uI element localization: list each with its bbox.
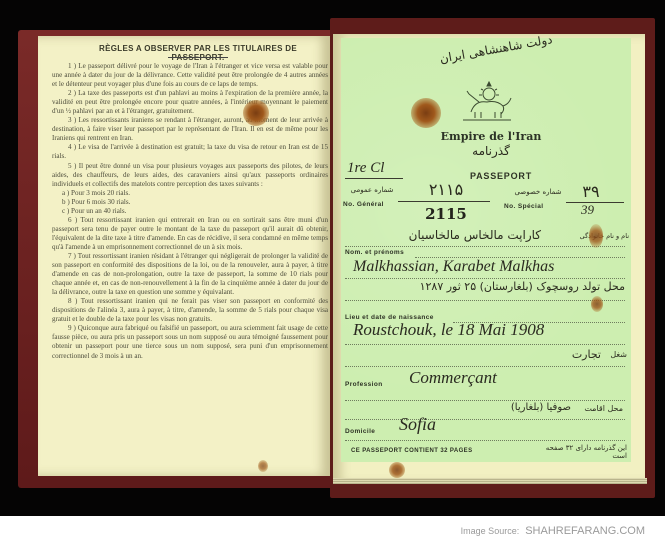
image-source-caption: Image Source:SHAHREFARANG.COM	[0, 516, 665, 547]
stain	[591, 296, 603, 312]
right-page-passport: دولت شاهنشاهی ایران Empire de l'Iran گذر…	[333, 34, 645, 484]
stain	[243, 100, 269, 126]
profession-persian: تجارت	[541, 348, 601, 361]
rule-9: 9 ) Quiconque aura fabriqué ou falsifié …	[52, 324, 328, 360]
dotted-line	[345, 366, 625, 367]
domicile-label-persian: محل اقامت	[573, 404, 623, 413]
passport-green-panel: دولت شاهنشاهی ایران Empire de l'Iran گذر…	[341, 38, 631, 462]
rules-text: 1 ) Le passeport délivré pour le voyage …	[52, 62, 328, 361]
general-no-persian: ۲۱۱۵	[411, 180, 481, 199]
domicile-label: Domicile	[345, 428, 375, 435]
special-no-persian: ۳۹	[571, 182, 611, 201]
rule-6: 6 ) Tout ressortissant iranien qui entre…	[52, 216, 328, 252]
birth-value: Roustchouk, le 18 Mai 1908	[353, 320, 544, 340]
rule-3: 3 ) Les ressortissants iraniens se renda…	[52, 116, 328, 143]
special-no-label-persian: شماره خصوصی	[513, 188, 563, 196]
empire-title: Empire de l'Iran	[401, 130, 581, 143]
caption-label: Image Source:	[461, 526, 520, 536]
rule-5a: a ) Pour 3 mois 20 rials.	[52, 189, 328, 198]
page-count-persian: این گذرنامه دارای ۳۲ صفحه است	[531, 444, 627, 460]
rule-5b: b ) Pour 6 mois 30 rials.	[52, 198, 328, 207]
title-underline	[168, 57, 228, 58]
special-no-handwritten: 39	[581, 202, 594, 218]
dotted-line	[345, 246, 625, 247]
dotted-line	[345, 344, 625, 345]
doc-type-persian: گذرنامه	[441, 144, 541, 158]
stain	[389, 462, 405, 478]
profession-label-persian: شغل	[603, 350, 627, 359]
rule-7: 7 ) Tout ressortissant iranien résidant …	[52, 252, 328, 297]
rules-title: RÈGLES A OBSERVER PAR LES TITULAIRES DE …	[78, 44, 318, 62]
class-handwritten: 1re Cl	[347, 160, 384, 177]
class-underline	[345, 178, 403, 179]
rule-5c: c ) Pour un an 40 rials.	[52, 207, 328, 216]
rule-4: 4 ) Le visa de l'arrivée à destination e…	[52, 143, 328, 161]
dotted-line	[345, 278, 625, 279]
general-no-label-persian: شماره عمومی	[347, 186, 397, 194]
name-label: Nom. et prénoms	[345, 249, 404, 256]
left-page-rules: RÈGLES A OBSERVER PAR LES TITULAIRES DE …	[38, 36, 330, 476]
dotted-line	[345, 400, 625, 401]
profession-value: Commerçant	[409, 368, 497, 388]
profession-label: Profession	[345, 381, 383, 388]
special-no-label: No. Spécial	[504, 203, 543, 210]
caption-source: SHAHREFARANG.COM	[525, 525, 645, 537]
birth-persian: محل تولد روسچوک (بلغارستان) ۲۵ ثور ۱۲۸۷	[361, 280, 625, 293]
domicile-persian: صوفیا (بلغاریا)	[461, 402, 571, 413]
domicile-value: Sofia	[399, 414, 436, 435]
lion-and-sun-emblem-icon	[459, 80, 515, 122]
page-edges	[333, 478, 647, 484]
stain	[589, 224, 603, 248]
stain	[258, 460, 268, 472]
general-no-label: No. Général	[343, 201, 384, 208]
rule-5: 5 ) Il peut être donné un visa pour plus…	[52, 162, 328, 189]
dotted-line	[345, 440, 625, 441]
rule-8: 8 ) Tout ressortissant iranien qui ne fe…	[52, 297, 328, 324]
dotted-line	[345, 300, 625, 301]
dotted-line	[345, 419, 625, 420]
passport-photo: RÈGLES A OBSERVER PAR LES TITULAIRES DE …	[0, 0, 665, 516]
name-value: Malkhassian, Karabet Malkhas	[353, 258, 554, 276]
stain	[411, 98, 441, 128]
name-persian: کاراپت مالخاس مالخاسیان	[371, 228, 541, 242]
rule-1: 1 ) Le passeport délivré pour le voyage …	[52, 62, 328, 89]
general-no-stamped: 2115	[411, 205, 481, 223]
general-no-line	[398, 201, 490, 202]
header-persian: دولت شاهنشاهی ایران	[421, 34, 571, 69]
rule-2: 2 ) La taxe des passeports est d'un pahl…	[52, 89, 328, 116]
page-count-french: CE PASSEPORT CONTIENT 32 PAGES	[351, 448, 472, 454]
special-no-line	[566, 202, 624, 203]
